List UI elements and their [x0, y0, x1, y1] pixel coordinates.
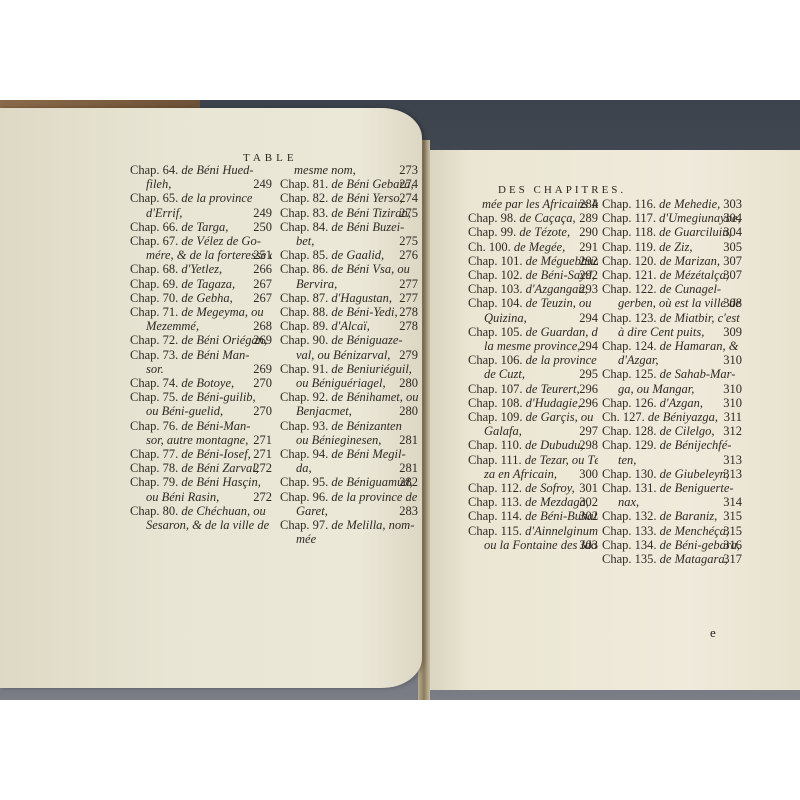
chapter-title: de Béni Megil-: [331, 447, 405, 461]
chapter-title: de la province: [526, 353, 597, 367]
chapter-number: Chap. 91.: [280, 362, 328, 376]
chapter-title-continued: mére, & de la forteresse qu'on nomme le …: [130, 248, 272, 262]
toc-entry-line: Chap. 76. de Béni-Man-: [130, 419, 272, 433]
toc-entry-line: 271sor, autre montagne,: [130, 433, 272, 447]
page-number: 291: [579, 240, 598, 254]
page-number: 277: [399, 277, 418, 291]
page-number: 314: [723, 495, 742, 509]
chapter-number: Chap. 92.: [280, 390, 328, 404]
toc-entry: 275Chap. 83. de Béni Tiziran,: [280, 206, 418, 220]
toc-entry-line: 313ten,: [602, 453, 742, 467]
page-number: 278: [399, 319, 418, 333]
chapter-title: de Bénizanten: [331, 419, 401, 433]
chapter-title: de Beniguerte-: [660, 481, 734, 495]
chapter-number: Chap. 87.: [280, 291, 328, 305]
chapter-title: de Béni Hasçin,: [181, 475, 261, 489]
chapter-number: Chap. 70.: [130, 291, 178, 305]
toc-entry: 305Chap. 119. de Ziz,: [602, 240, 742, 254]
chapter-title: de Gebha,: [181, 291, 232, 305]
page-number: 290: [579, 225, 598, 239]
chapter-number: Chap. 67.: [130, 234, 178, 248]
page-number: 281: [399, 433, 418, 447]
toc-entry: 277Chap. 87. d'Hagustan,: [280, 291, 418, 305]
chapter-title-continued: ou Béni-guelid,: [130, 404, 272, 418]
toc-entry: 266Chap. 68. d'Yetlez,: [130, 262, 272, 276]
chapter-title: de Targa,: [181, 220, 228, 234]
chapter-number: Chap. 101.: [468, 254, 523, 268]
page-number: 301: [579, 481, 598, 495]
chapter-number: Chap. 109.: [468, 410, 523, 424]
chapter-number: Chap. 83.: [280, 206, 328, 220]
chapter-title-continued: ou Béniguériagel,: [280, 376, 418, 390]
toc-entry: 304Chap. 117. d'Umegiunaybe,: [602, 211, 742, 225]
chapter-number: Chap. 74.: [130, 376, 178, 390]
toc-column-4: 303Chap. 116. de Mehedie,304Chap. 117. d…: [602, 197, 742, 566]
chapter-title: de Cunagel-: [660, 282, 721, 296]
chapter-title: de Sofroy,: [525, 481, 575, 495]
toc-entry: 317Chap. 135. de Matagara,: [602, 552, 742, 566]
chapter-number: Chap. 119.: [602, 240, 656, 254]
toc-entry-line: Chap. 97. de Melilla, nom-: [280, 518, 418, 532]
toc-entry-line: 292Chap. 101. de Méguebhuan,: [468, 254, 598, 268]
page-number: 278: [399, 305, 418, 319]
page-number: 296: [579, 382, 598, 396]
toc-entry-line: 278Chap. 89. d'Alcaï,: [280, 319, 418, 333]
chapter-title: de Marizan,: [660, 254, 720, 268]
chapter-title: de Chéchuan, ou: [181, 504, 265, 518]
page-number: 310: [723, 353, 742, 367]
chapter-number: Chap. 75.: [130, 390, 178, 404]
toc-entry: Chap. 104. de Teuzin, ou294Quizina,: [468, 296, 598, 324]
page-number: 249: [253, 206, 272, 220]
toc-entry-line: 316Chap. 134. de Béni-gebara,: [602, 538, 742, 552]
chapter-number: Chap. 102.: [468, 268, 523, 282]
page-number: 289: [579, 211, 598, 225]
toc-entry: 296Chap. 107. de Teurert,: [468, 382, 598, 396]
chapter-number: Chap. 129.: [602, 438, 657, 452]
toc-entry-line: 307Chap. 121. de Mézétalça,: [602, 268, 742, 282]
toc-entry: 278Chap. 89. d'Alcaï,: [280, 319, 418, 333]
chapter-title: de Garçis, ou: [526, 410, 594, 424]
chapter-number: Chap. 84.: [280, 220, 328, 234]
chapter-number: Chap. 120.: [602, 254, 657, 268]
chapter-number: Chap. 134.: [602, 538, 657, 552]
page-number: 280: [399, 376, 418, 390]
chapter-number: Chap. 110.: [468, 438, 522, 452]
toc-column-1: Chap. 64. de Béni Hued-249fileh,Chap. 65…: [130, 163, 272, 532]
page-number: 310: [723, 382, 742, 396]
toc-entry-line: 269sor.: [130, 362, 272, 376]
toc-entry: Chap. 109. de Garçis, ou297Galafa,: [468, 410, 598, 438]
toc-entry-line: 310d'Azgar,: [602, 353, 742, 367]
chapter-number: Chap. 66.: [130, 220, 178, 234]
toc-entry-line: 281ou Bénieginesen,: [280, 433, 418, 447]
chapter-title: de Sahab-Mar-: [660, 367, 736, 381]
toc-entry-line: 282Chap. 95. de Béniguamud,: [280, 475, 418, 489]
chapter-title: de Vélez de Go-: [181, 234, 260, 248]
toc-entry-line: Chap. 96. de la province de: [280, 490, 418, 504]
toc-entry: 272Chap. 78. de Béni Zarval,: [130, 461, 272, 475]
chapter-title: de Dubudu,: [525, 438, 583, 452]
chapter-title-continued: Benjacmet,: [280, 404, 418, 418]
chapter-title: de Béni-Man-: [181, 419, 250, 433]
chapter-title-continued: ten,: [602, 453, 742, 467]
chapter-title: d'Azgan,: [660, 396, 703, 410]
chapter-number: Chap. 115.: [468, 524, 522, 538]
toc-entry-line: 249d'Errif,: [130, 206, 272, 220]
toc-entry: 276Chap. 85. de Gaalid,: [280, 248, 418, 262]
chapter-title: de Béni-Yedi,: [331, 305, 397, 319]
page-number: 249: [253, 177, 272, 191]
toc-entry-line: Chap. 92. de Bénihamet, ou: [280, 390, 418, 404]
toc-entry-line: 273mesme nom,: [280, 163, 418, 177]
chapter-title-continued: gerben, où est la ville de Tigaza,: [602, 296, 742, 310]
toc-entry-line: 280ou Béniguériagel,: [280, 376, 418, 390]
toc-entry: 282Chap. 95. de Béniguamud,: [280, 475, 418, 489]
chapter-title: d'Ainnelginum,: [525, 524, 598, 538]
toc-entry-line: 268Mezemmé,: [130, 319, 272, 333]
toc-entry: 274Chap. 82. de Béni Yerso,: [280, 191, 418, 205]
toc-entry-line: Chap. 129. de Bénijechfé-: [602, 438, 742, 452]
chapter-title: de Béni-Iosef,: [181, 447, 250, 461]
toc-entry: 274Chap. 81. de Béni Gebara,: [280, 177, 418, 191]
toc-entry-line: 310ga, ou Mangar,: [602, 382, 742, 396]
chapter-number: Chap. 93.: [280, 419, 328, 433]
toc-entry: Chap. 80. de Chéchuan, ouSesaron, & de l…: [130, 504, 272, 532]
chapter-title: de Mehedie,: [659, 197, 720, 211]
chapter-title: de Teuzin, ou: [526, 296, 592, 310]
chapter-title-continued: ga, ou Mangar,: [602, 382, 742, 396]
toc-entry: 307Chap. 120. de Marizan,: [602, 254, 742, 268]
toc-entry-line: 292Chap. 102. de Béni-Sayd,: [468, 268, 598, 282]
chapter-title: de Megée,: [514, 240, 565, 254]
chapter-number: Ch. 127.: [602, 410, 645, 424]
toc-entry: 271Chap. 77. de Béni-Iosef,: [130, 447, 272, 461]
chapter-title-continued: val, ou Bénizarval,: [280, 348, 418, 362]
page-number: 311: [724, 410, 742, 424]
toc-entry: 267Chap. 69. de Tagaza,: [130, 277, 272, 291]
chapter-title: de Botoye,: [181, 376, 234, 390]
toc-entry: Chap. 94. de Béni Megil-281da,: [280, 447, 418, 475]
toc-entry-line: 295de Cuzt,: [468, 367, 598, 381]
chapter-title: d'Hudagie,: [526, 396, 581, 410]
chapter-number: Chap. 133.: [602, 524, 657, 538]
chapter-title-continued: d'Azgar,: [602, 353, 742, 367]
page-number: 300: [579, 467, 598, 481]
chapter-title-continued: la mesme province,: [468, 339, 598, 353]
toc-entry-line: Chap. 86. de Béni Vsa, ou: [280, 262, 418, 276]
chapter-title: de Béni Oriégan,: [181, 333, 267, 347]
chapter-number: Chap. 114.: [468, 509, 522, 523]
toc-entry-line: 280Benjacmet,: [280, 404, 418, 418]
page-number: 295: [579, 367, 598, 381]
toc-entry-line: 272Chap. 78. de Béni Zarval,: [130, 461, 272, 475]
page-number: 276: [399, 248, 418, 262]
chapter-title: de Béni-gebara,: [660, 538, 741, 552]
chapter-title-continued: à dire Cent puits,: [602, 325, 742, 339]
toc-entry: Chap. 115. d'Ainnelginum,303ou la Fontai…: [468, 524, 598, 552]
toc-entry-line: 315Chap. 133. de Menchéça,: [602, 524, 742, 538]
chapter-title: mesme nom,: [280, 163, 356, 177]
chapter-title-continued: da,: [280, 461, 418, 475]
toc-entry-line: 315Chap. 132. de Baraniz,: [602, 509, 742, 523]
chapter-number: Chap. 81.: [280, 177, 328, 191]
chapter-title-continued: ou Bénieginesen,: [280, 433, 418, 447]
chapter-number: Chap. 73.: [130, 348, 178, 362]
toc-entry: Chap. 79. de Béni Hasçin,272ou Béni Rasi…: [130, 475, 272, 503]
chapter-number: Chap. 72.: [130, 333, 178, 347]
page-number: 312: [723, 424, 742, 438]
toc-entry-line: 296Chap. 107. de Teurert,: [468, 382, 598, 396]
toc-entry-line: 249fileh,: [130, 177, 272, 191]
chapter-number: Chap. 124.: [602, 339, 657, 353]
toc-entry: Chap. 131. de Beniguerte-314nax,: [602, 481, 742, 509]
chapter-title: de Béni-guilib,: [181, 390, 255, 404]
toc-entry-line: Chap. 73. de Béni Man-: [130, 348, 272, 362]
toc-entry: Chap. 105. de Guardan, dans294la mesme p…: [468, 325, 598, 353]
toc-entry: 307Chap. 121. de Mézétalça,: [602, 268, 742, 282]
page-number: 303: [723, 197, 742, 211]
chapter-title: de Giubeleyn,: [660, 467, 729, 481]
chapter-title: d'Umegiunaybe,: [659, 211, 740, 225]
chapter-number: Chap. 104.: [468, 296, 523, 310]
chapter-number: Chap. 126.: [602, 396, 657, 410]
chapter-title-continued: nax,: [602, 495, 742, 509]
chapter-number: Chap. 112.: [468, 481, 522, 495]
chapter-number: Chap. 107.: [468, 382, 523, 396]
toc-entry: Chap. 67. de Vélez de Go-251mére, & de l…: [130, 234, 272, 262]
page-number: 277: [399, 291, 418, 305]
chapter-number: Chap. 113.: [468, 495, 522, 509]
toc-entry-line: Chap. 123. de Miatbir, c'est: [602, 311, 742, 325]
chapter-title: de Béni Man-: [181, 348, 249, 362]
toc-entry: 311Ch. 127. de Béniyazga,: [602, 410, 742, 424]
chapter-title-continued: fileh,: [130, 177, 272, 191]
chapter-number: Chap. 69.: [130, 277, 178, 291]
toc-entry-line: 294la mesme province,: [468, 339, 598, 353]
toc-entry: 284mée par les Africains Ieyrat-Milila,: [468, 197, 598, 211]
toc-entry-line: 294Quizina,: [468, 311, 598, 325]
page-number: 307: [723, 254, 742, 268]
chapter-title: de Baraniz,: [660, 509, 718, 523]
toc-entry-line: 311Ch. 127. de Béniyazga,: [602, 410, 742, 424]
page-number: 281: [399, 461, 418, 475]
page-number: 297: [579, 424, 598, 438]
page-number: 268: [253, 319, 272, 333]
toc-entry-line: 276Chap. 85. de Gaalid,: [280, 248, 418, 262]
toc-entry: Chap. 93. de Bénizanten281ou Bénieginese…: [280, 419, 418, 447]
toc-entry-line: 277Bervira,: [280, 277, 418, 291]
chapter-number: Chap. 95.: [280, 475, 328, 489]
toc-entry-line: 250Chap. 66. de Targa,: [130, 220, 272, 234]
chapter-title: de Menchéça,: [660, 524, 729, 538]
chapter-title-continued: Bervira,: [280, 277, 418, 291]
toc-entry: Chap. 92. de Bénihamet, ou280Benjacmet,: [280, 390, 418, 418]
toc-entry: 269Chap. 72. de Béni Oriégan,: [130, 333, 272, 347]
toc-entry-line: 281da,: [280, 461, 418, 475]
page-number: 283: [399, 504, 418, 518]
toc-entry: 315Chap. 133. de Menchéça,: [602, 524, 742, 538]
page-number: 266: [253, 262, 272, 276]
chapter-title: de Béni-Sayd,: [526, 268, 595, 282]
toc-entry-line: 309à dire Cent puits,: [602, 325, 742, 339]
toc-entry-line: 272ou Béni Rasin,: [130, 490, 272, 504]
toc-entry-line: 277Chap. 87. d'Hagustan,: [280, 291, 418, 305]
toc-entry-line: 267Chap. 69. de Tagaza,: [130, 277, 272, 291]
toc-entry-line: Chap. 67. de Vélez de Go-: [130, 234, 272, 248]
chapter-title: de Hamaran, &: [660, 339, 739, 353]
toc-entry: Chap. 125. de Sahab-Mar-310ga, ou Mangar…: [602, 367, 742, 395]
toc-entry-line: 303ou la Fontaine des Idoles,: [468, 538, 598, 552]
chapter-title: de Béni Hued-: [181, 163, 253, 177]
chapter-number: Chap. 108.: [468, 396, 523, 410]
chapter-number: Chap. 64.: [130, 163, 178, 177]
chapter-number: Chap. 98.: [468, 211, 516, 225]
toc-entry-line: 313Chap. 130. de Giubeleyn,: [602, 467, 742, 481]
toc-entry-line: 302Chap. 114. de Béni-Buhalul,: [468, 509, 598, 523]
chapter-title: de la province: [181, 191, 252, 205]
toc-entry-line: Chap. 75. de Béni-guilib,: [130, 390, 272, 404]
chapter-title: de Bénijechfé-: [660, 438, 732, 452]
chapter-number: Chap. 132.: [602, 509, 657, 523]
chapter-number: Chap. 99.: [468, 225, 516, 239]
toc-entry-line: 296Chap. 108. d'Hudagie,: [468, 396, 598, 410]
toc-entry-line: 270Chap. 74. de Botoye,: [130, 376, 272, 390]
toc-entry-line: Chap. 93. de Bénizanten: [280, 419, 418, 433]
chapter-title: de Tezar, ou Té-: [525, 453, 598, 467]
chapter-number: Chap. 97.: [280, 518, 328, 532]
toc-entry-line: Chap. 105. de Guardan, dans: [468, 325, 598, 339]
toc-entry: 310Chap. 126. d'Azgan,: [602, 396, 742, 410]
chapter-title: de Méguebhuan,: [526, 254, 598, 268]
chapter-title: de Béni Gebara,: [331, 177, 413, 191]
toc-entry: Chap. 84. de Béni Buzei-275bet,: [280, 220, 418, 248]
toc-entry-line: 251mére, & de la forteresse qu'on nomme …: [130, 248, 272, 262]
toc-entry-line: Chap. 90. de Béniguaze-: [280, 333, 418, 347]
toc-entry-line: 271Chap. 77. de Béni-Iosef,: [130, 447, 272, 461]
page-number: 310: [723, 396, 742, 410]
toc-entry-line: Chap. 80. de Chéchuan, ou: [130, 504, 272, 518]
toc-entry: 290Chap. 99. de Tézote,: [468, 225, 598, 239]
page-number: 271: [253, 433, 272, 447]
chapter-title: de Tagaza,: [181, 277, 235, 291]
toc-entry: 302Chap. 114. de Béni-Buhalul,: [468, 509, 598, 523]
toc-entry: 267Chap. 70. de Gebha,: [130, 291, 272, 305]
chapter-number: Chap. 80.: [130, 504, 178, 518]
toc-entry-line: Chap. 64. de Béni Hued-: [130, 163, 272, 177]
chapter-number: Chap. 76.: [130, 419, 178, 433]
toc-entry-line: 305Chap. 119. de Ziz,: [602, 240, 742, 254]
toc-entry-line: Chap. 115. d'Ainnelginum,: [468, 524, 598, 538]
chapter-number: Chap. 77.: [130, 447, 178, 461]
toc-entry-line: 274Chap. 82. de Béni Yerso,: [280, 191, 418, 205]
toc-entry: Chap. 71. de Megeyma, ou268Mezemmé,: [130, 305, 272, 333]
toc-entry-line: 304Chap. 118. de Guarciluin,: [602, 225, 742, 239]
chapter-title: de Béni-Buhalul,: [525, 509, 598, 523]
toc-entry-line: 284mée par les Africains Ieyrat-Milila,: [468, 197, 598, 211]
toc-entry-line: 314nax,: [602, 495, 742, 509]
toc-entry: Chap. 86. de Béni Vsa, ou277Bervira,: [280, 262, 418, 290]
chapter-number: Chap. 131.: [602, 481, 657, 495]
toc-entry: 298Chap. 110. de Dubudu,: [468, 438, 598, 452]
toc-entry: Chap. 91. de Beniuriéguil,280ou Béniguér…: [280, 362, 418, 390]
chapter-number: Chap. 79.: [130, 475, 178, 489]
page-number: 273: [399, 163, 418, 177]
toc-entry-line: Chap. 79. de Béni Hasçin,: [130, 475, 272, 489]
toc-entry: 315Chap. 132. de Baraniz,: [602, 509, 742, 523]
chapter-number: Chap. 128.: [602, 424, 657, 438]
toc-entry-line: 274Chap. 81. de Béni Gebara,: [280, 177, 418, 191]
chapter-number: Chap. 88.: [280, 305, 328, 319]
toc-entry-line: 300za en Africain,: [468, 467, 598, 481]
toc-entry: 289Chap. 98. de Caçaça,: [468, 211, 598, 225]
toc-entry-line: Chap. 111. de Tezar, ou Té-: [468, 453, 598, 467]
toc-entry-line: Chap. 84. de Béni Buzei-: [280, 220, 418, 234]
toc-entry: Chap. 123. de Miatbir, c'est309à dire Ce…: [602, 311, 742, 339]
toc-entry-line: Chap. 104. de Teuzin, ou: [468, 296, 598, 310]
page-number: 270: [253, 404, 272, 418]
page-number: 294: [579, 339, 598, 353]
toc-entry: 292Chap. 102. de Béni-Sayd,: [468, 268, 598, 282]
toc-entry: Chap. 106. de la province295de Cuzt,: [468, 353, 598, 381]
toc-entry: 312Chap. 128. de Cilelgo,: [602, 424, 742, 438]
chapter-number: Chap. 68.: [130, 262, 178, 276]
toc-entry-line: 278Chap. 88. de Béni-Yedi,: [280, 305, 418, 319]
toc-entry: Chap. 129. de Bénijechfé-313ten,: [602, 438, 742, 466]
chapter-title: de Megeyma, ou: [181, 305, 263, 319]
chapter-title: de Béni Buzei-: [331, 220, 404, 234]
chapter-number: Chap. 78.: [130, 461, 178, 475]
toc-entry: 270Chap. 74. de Botoye,: [130, 376, 272, 390]
toc-entry-line: 275bet,: [280, 234, 418, 248]
chapter-number: Chap. 90.: [280, 333, 328, 347]
chapter-title: de Béni Vsa, ou: [331, 262, 409, 276]
chapter-title: d'Hagustan,: [331, 291, 392, 305]
toc-entry-line: mée: [280, 532, 418, 546]
chapter-title-continued: sor, autre montagne,: [130, 433, 272, 447]
toc-entry-line: Chap. 131. de Beniguerte-: [602, 481, 742, 495]
page-number: 296: [579, 396, 598, 410]
toc-entry: Chap. 90. de Béniguaze-279val, ou Béniza…: [280, 333, 418, 361]
page-number: 270: [253, 376, 272, 390]
chapter-title: de Guardan, dans: [526, 325, 598, 339]
chapter-title: de Bénihamet, ou: [331, 390, 418, 404]
toc-entry-line: 301Chap. 112. de Sofroy,: [468, 481, 598, 495]
toc-entry-line: 269Chap. 72. de Béni Oriégan,: [130, 333, 272, 347]
page-number: 305: [723, 240, 742, 254]
chapter-title: de Guarciluin,: [659, 225, 731, 239]
toc-entry-line: 307Chap. 120. de Marizan,: [602, 254, 742, 268]
toc-entry-line: 267Chap. 70. de Gebha,: [130, 291, 272, 305]
chapter-title: de Mézétalça,: [660, 268, 729, 282]
toc-entry: Chap. 73. de Béni Man-269sor.: [130, 348, 272, 376]
chapter-title: de Béniyazga,: [648, 410, 718, 424]
chapter-title: de Miatbir, c'est: [660, 311, 740, 325]
toc-entry-line: Chap. 71. de Megeyma, ou: [130, 305, 272, 319]
toc-column-2: 273mesme nom,274Chap. 81. de Béni Gebara…: [280, 163, 418, 546]
chapter-title-continued: Mezemmé,: [130, 319, 272, 333]
chapter-number: Chap. 65.: [130, 191, 178, 205]
chapter-number: Chap. 86.: [280, 262, 328, 276]
chapter-number: Chap. 105.: [468, 325, 523, 339]
chapter-number: Chap. 82.: [280, 191, 328, 205]
toc-entry-line: 283Garet,: [280, 504, 418, 518]
toc-entry: Chap. 124. de Hamaran, &310d'Azgar,: [602, 339, 742, 367]
chapter-title-continued: ou la Fontaine des Idoles,: [468, 538, 598, 552]
page-number: 250: [253, 220, 272, 234]
toc-entry-line: 317Chap. 135. de Matagara,: [602, 552, 742, 566]
chapter-number: Chap. 103.: [468, 282, 523, 296]
